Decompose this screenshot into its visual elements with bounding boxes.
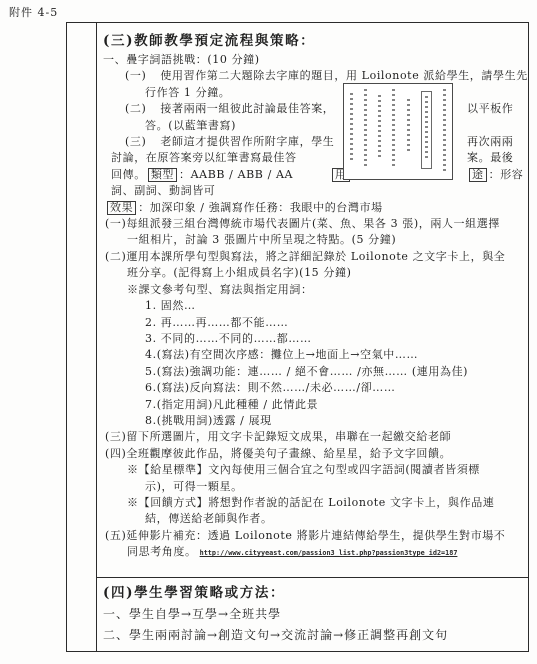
- step3-line2: 討論，在原答案旁以紅筆書寫最佳答 案。最後: [99, 150, 525, 166]
- worksheet-text-column: [443, 89, 446, 171]
- task-line-1: 一組相片，討論 3 張圖片中所呈現之特點。(5 分鐘): [99, 232, 525, 248]
- task-line-9: 5.(寫法)強調功能：連…… / 絕不會…… /亦無…… (連用為佳): [99, 364, 525, 380]
- worksheet-text-column: [350, 93, 353, 163]
- section4-title: (四)學生學習策略或方法：: [99, 583, 525, 604]
- worksheet-text-column: [378, 95, 381, 157]
- section-teaching-process: (三)教師教學預定流程與策略： 一、疊字詞語挑戰：(10 分鐘) (一)使用習作…: [97, 23, 528, 578]
- step2-line1: (二)接著兩兩一組彼此討論最佳答案， 以平板作: [99, 101, 525, 117]
- worksheet-text-column: [392, 89, 395, 167]
- step3-line3-mid: ：AABB / ABB / AA: [179, 168, 293, 181]
- step2-line2: 答。(以藍筆書寫): [99, 118, 525, 134]
- task-line-20: 同思考角度。http://www.cityyeast.com/passion3_…: [99, 544, 525, 561]
- task-line-8: 4.(寫法)有空間次序感：攤位上→地面上→空氣中……: [99, 347, 525, 363]
- step3-label: (三): [125, 135, 146, 148]
- task-line-11: 7.(指定用詞)凡此種種 / 此情此景: [99, 397, 525, 413]
- step1-line1: (一)使用習作第二大題除去字庫的題目，用 Loilonote 派給學生，請學生先: [99, 68, 525, 84]
- effect-line: 效果：加深印象 / 強調寫作任務：我眼中的台灣市場: [99, 200, 525, 216]
- step3-right-fragment: 再次兩兩: [467, 134, 513, 150]
- task-line-7: 3. 不同的……不同的……都……: [99, 331, 525, 347]
- task-line-0: (一)每組派發三組台灣傳統市場代表圖片(菜、魚、果各 3 張)，兩人一組選擇: [99, 216, 525, 232]
- step3-line3-right-fragment: 途：形容: [467, 167, 523, 183]
- task-line-3: 班分享。(記得寫上小組成員名字)(15 分鐘): [99, 265, 525, 281]
- section-learning-strategies: (四)學生學習策略或方法： 一、學生自學→互學→全班共學 二、學生兩兩討論→創造…: [97, 578, 528, 651]
- strategy-line-2: 二、學生兩兩討論→創造文句→交流討論→修正調整再創文句: [99, 625, 525, 646]
- task-line-14: (四)全班觀摩彼此作品，將優美句子畫線、給星星，給予文字回饋。: [99, 446, 525, 462]
- step1-text: 使用習作第二大題除去字庫的題目，用 Loilonote 派給學生，請學生先: [160, 69, 527, 82]
- task-line-5: 1. 固然…: [99, 298, 525, 314]
- task-line-4: ※課文參考句型、寫法與指定用詞：: [99, 282, 525, 298]
- step3-line2-text: 討論，在原答案旁以紅筆書寫最佳答: [111, 151, 297, 164]
- worksheet-text-column: [364, 89, 367, 169]
- step2-right-fragment: 以平板作: [467, 101, 513, 117]
- step3-line4: 詞、副詞、動詞皆可: [99, 183, 525, 199]
- video-link[interactable]: http://www.cityyeast.com/passion3_list.p…: [200, 549, 458, 557]
- step3-line3-right-tail: ：形容: [489, 168, 524, 181]
- boxed-term-type: 類型: [148, 168, 177, 182]
- step3-line2-right-fragment: 案。最後: [467, 150, 513, 166]
- task-line-19: (五)延伸影片補充：透過 Loilonote 將影片連結傳給學生，提供學生對市場…: [99, 528, 525, 544]
- task-line-18: 結，傳送給老師與作者。: [99, 511, 525, 527]
- worksheet-text-column: [425, 96, 428, 160]
- task-line-20-text: 同思考角度。: [127, 545, 197, 558]
- table-left-column: [67, 23, 97, 651]
- challenge-heading: 一、疊字詞語挑戰：(10 分鐘): [99, 52, 525, 68]
- lesson-plan-table: (三)教師教學預定流程與策略： 一、疊字詞語挑戰：(10 分鐘) (一)使用習作…: [66, 22, 529, 652]
- task-line-12: 8.(挑戰用詞)透露 / 展現: [99, 413, 525, 429]
- document-page: 附件 4-5 (三)教師教學預定流程與策略： 一、疊字詞語挑戰：(10 分鐘) …: [0, 0, 537, 664]
- task-line-17: ※【回饋方式】將想對作者說的話記在 Loilonote 文字卡上，與作品連: [99, 495, 525, 511]
- step3-line1: (三)老師這才提供習作所附字庫，學生 再次兩兩: [99, 134, 525, 150]
- step3-line3: 回傳。類型：AABB / ABB / AA 用 途：形容: [99, 167, 525, 183]
- task-line-13: (三)留下所選圖片，用文字卡記錄短文成果，串聯在一起繳交給老師: [99, 429, 525, 445]
- step3-line3-pre: 回傳。: [111, 168, 146, 181]
- effect-text: ：加深印象 / 強調寫作任務：我眼中的台灣市場: [138, 201, 383, 214]
- boxed-term-use-right: 途: [469, 168, 487, 182]
- section3-title: (三)教師教學預定流程與策略：: [99, 31, 525, 52]
- strategy-line-1: 一、學生自學→互學→全班共學: [99, 604, 525, 625]
- task-line-6: 2. 再……再……都不能……: [99, 315, 525, 331]
- task-line-15: ※【給星標準】文內每使用三個合宜之句型或四字語詞(閱讀者皆須標: [99, 462, 525, 478]
- worksheet-inner-box: [421, 91, 432, 169]
- step2-label: (二): [125, 102, 146, 115]
- task-line-16: 示)，可得一顆星。: [99, 479, 525, 495]
- worksheet-text-column: [407, 99, 410, 154]
- attachment-label: 附件 4-5: [9, 4, 58, 20]
- step3-text: 老師這才提供習作所附字庫，學生: [160, 135, 334, 148]
- step1-label: (一): [125, 69, 146, 82]
- step2-text: 接著兩兩一組彼此討論最佳答案，: [160, 102, 334, 115]
- task-line-2: (二)運用本課所學句型與寫法，將之詳細記錄於 Loilonote 之文字卡上，與…: [99, 249, 525, 265]
- table-main-column: (三)教師教學預定流程與策略： 一、疊字詞語挑戰：(10 分鐘) (一)使用習作…: [97, 23, 528, 651]
- task-line-10: 6.(寫法)反向寫法：則不然……/未必……/卻……: [99, 380, 525, 396]
- step1-line2: 行作答 1 分鐘。: [99, 85, 525, 101]
- worksheet-image: [343, 83, 453, 180]
- boxed-term-effect: 效果: [107, 201, 136, 215]
